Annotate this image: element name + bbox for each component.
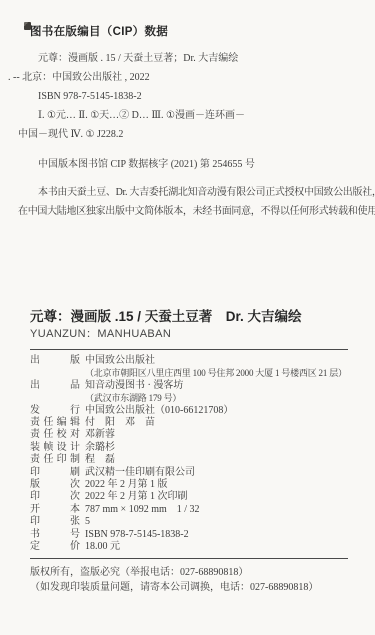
authorization-notice-line-2: 在中国大陆地区独家出版中文简体版本，未经书面同意，不得以任何形式转载和使用。 [0,202,375,221]
row-value: 5 [85,516,90,528]
row-value-line: 中国致公出版社 [85,355,347,367]
row-value-line: 邓新蓉 [85,429,115,441]
row-value: 知音动漫图书 · 漫客坊（武汉市东湖路 179 号） [85,380,183,405]
row-value-line: 787 mm × 1092 mm 1 / 32 [85,504,200,516]
quality-exchange-line: （如发现印装质量问题，请寄本公司调换，电话：027-68890818） [30,580,348,596]
publication-info-table: 出版中国致公出版社（北京市朝阳区八里庄西里 100 号住邦 2000 大厦 1 … [30,355,348,554]
row-label: 印刷 [30,467,80,479]
row-value-line: 5 [85,516,90,528]
row-value: 18.00 元 [85,541,120,553]
table-row: 定价18.00 元 [30,541,348,553]
row-label: 开本 [30,504,80,516]
row-label: 出版 [30,355,80,367]
copyright-warning-line: 版权所有，盗版必究（举报电话：027-68890818） [30,565,348,581]
cip-publisher-line: . -- 北京：中国致公出版社 , 2022 [0,68,375,87]
row-value-line: 武汉精一佳印刷有限公司 [85,467,195,479]
cip-heading: 图书在版编目（CIP）数据 [0,24,375,40]
table-row: 责任印制程 磊 [30,454,348,466]
table-row: 出版中国致公出版社（北京市朝阳区八里庄西里 100 号住邦 2000 大厦 1 … [30,355,348,380]
colophon-section: 元尊：漫画版 .15 / 天蚕土豆著 Dr. 大吉编绘 YUANZUN：MANH… [30,308,348,596]
cip-section: 图书在版编目（CIP）数据 元尊：漫画版 . 15 / 天蚕土豆著；Dr. 大吉… [0,24,375,221]
row-value-line: 18.00 元 [85,541,120,553]
table-row: 装帧设计余璐杉 [30,442,348,454]
row-value: ISBN 978-7-5145-1838-2 [85,529,189,541]
row-label: 发行 [30,405,80,417]
row-value: 程 磊 [85,454,115,466]
row-value-line: ISBN 978-7-5145-1838-2 [85,529,189,541]
cip-title-line: 元尊：漫画版 . 15 / 天蚕土豆著；Dr. 大吉编绘 [0,49,375,68]
row-value-address-line: （北京市朝阳区八里庄西里 100 号住邦 2000 大厦 1 号楼西区 21 层… [85,367,347,379]
row-label: 出品 [30,380,80,392]
row-value: 付 阳 邓 苗 [85,417,155,429]
row-value-line: 中国致公出版社（010-66121708） [85,405,233,417]
row-value-line: 付 阳 邓 苗 [85,417,155,429]
cip-classification-line-1: Ⅰ. ①元… Ⅱ. ①天…② D… Ⅲ. ①漫画－连环画－ [0,106,375,125]
divider-bottom [30,558,348,559]
row-value-line: 余璐杉 [85,442,115,454]
divider-top [30,349,348,350]
book-title: 元尊：漫画版 .15 / 天蚕土豆著 Dr. 大吉编绘 [30,308,348,325]
colophon-page: 图书在版编目（CIP）数据 元尊：漫画版 . 15 / 天蚕土豆著；Dr. 大吉… [0,0,375,635]
cip-isbn-line: ISBN 978-7-5145-1838-2 [0,87,375,106]
row-value: 邓新蓉 [85,429,115,441]
row-label: 版次 [30,479,80,491]
cip-classification-line-2: 中国－现代 Ⅳ. ① J228.2 [0,125,375,144]
row-value: 2022 年 2 月第 1 次印刷 [85,491,188,503]
row-label: 责任校对 [30,429,80,441]
row-value: 中国致公出版社（北京市朝阳区八里庄西里 100 号住邦 2000 大厦 1 号楼… [85,355,347,380]
table-row: 印刷武汉精一佳印刷有限公司 [30,467,348,479]
row-value-address-line: （武汉市东湖路 179 号） [85,392,183,404]
table-row: 责任校对邓新蓉 [30,429,348,441]
row-value-line: 程 磊 [85,454,115,466]
table-row: 印张5 [30,516,348,528]
table-row: 开本787 mm × 1092 mm 1 / 32 [30,504,348,516]
table-row: 印次2022 年 2 月第 1 次印刷 [30,491,348,503]
row-value: 2022 年 2 月第 1 版 [85,479,168,491]
table-row: 书号ISBN 978-7-5145-1838-2 [30,529,348,541]
row-value: 中国致公出版社（010-66121708） [85,405,233,417]
row-value: 余璐杉 [85,442,115,454]
row-label: 责任印制 [30,454,80,466]
table-row: 版次2022 年 2 月第 1 版 [30,479,348,491]
row-label: 印张 [30,516,80,528]
table-row: 责任编辑付 阳 邓 苗 [30,417,348,429]
row-label: 装帧设计 [30,442,80,454]
table-row: 发行中国致公出版社（010-66121708） [30,405,348,417]
row-label: 责任编辑 [30,417,80,429]
row-value-line: 2022 年 2 月第 1 版 [85,479,168,491]
row-label: 印次 [30,491,80,503]
authorization-notice-line-1: 本书由天蚕土豆、Dr. 大吉委托湖北知音动漫有限公司正式授权中国致公出版社， [0,183,375,202]
row-value-line: 2022 年 2 月第 1 次印刷 [85,491,188,503]
table-row: 出品知音动漫图书 · 漫客坊（武汉市东湖路 179 号） [30,380,348,405]
cip-record-line: 中国版本图书馆 CIP 数据核字 (2021) 第 254655 号 [0,155,375,174]
row-label: 定价 [30,541,80,553]
row-value: 787 mm × 1092 mm 1 / 32 [85,504,200,516]
row-value-line: 知音动漫图书 · 漫客坊 [85,380,183,392]
row-value: 武汉精一佳印刷有限公司 [85,467,195,479]
row-label: 书号 [30,529,80,541]
book-title-pinyin: YUANZUN：MANHUABAN [30,327,348,342]
